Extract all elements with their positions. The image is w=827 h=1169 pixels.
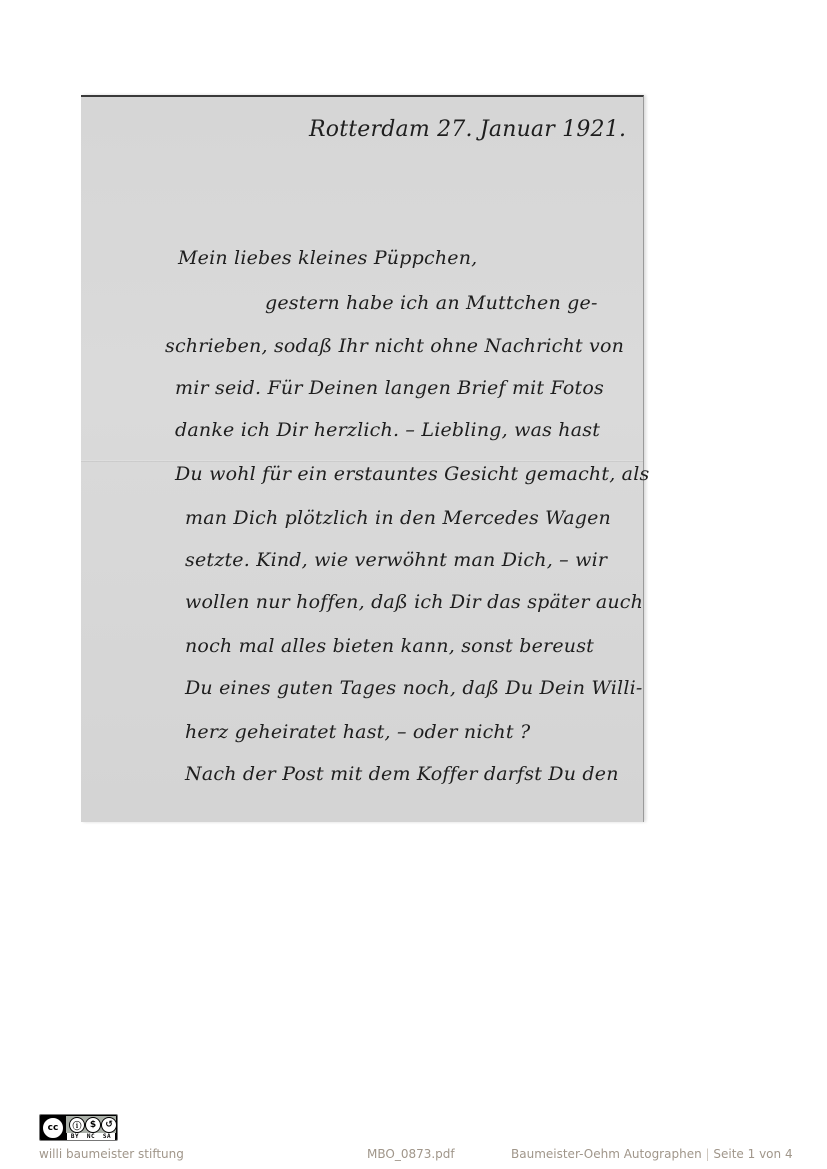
letter-line: danke ich Dir herzlich. – Liebling, was … (175, 419, 600, 441)
letter-line: schrieben, sodaß Ihr nicht ohne Nachrich… (165, 335, 624, 357)
license-label-by: BY (71, 1133, 79, 1140)
letter-dateline: Rotterdam 27. Januar 1921. (309, 117, 626, 142)
license-label-nc: NC (87, 1133, 95, 1140)
footer-separator: | (706, 1147, 710, 1161)
letter-line: Du eines guten Tages noch, daß Du Dein W… (185, 677, 643, 699)
letter-line: gestern habe ich an Muttchen ge- (265, 292, 598, 314)
letter-line: herz geheiratet hast, – oder nicht ? (185, 721, 530, 743)
cc-by-nc-sa-icon: cc ⓘ $ ↺ BY NC SA (39, 1114, 118, 1141)
footer-collection: Baumeister-Oehm Autographen (511, 1147, 702, 1161)
footer-page-info: Baumeister-Oehm Autographen | Seite 1 vo… (511, 1147, 793, 1161)
letter-line: Nach der Post mit dem Koffer darfst Du d… (185, 763, 619, 785)
letter-line: mir seid. Für Deinen langen Brief mit Fo… (175, 377, 604, 399)
by-icon: ⓘ (69, 1117, 85, 1133)
letter-line: Du wohl für ein erstauntes Gesicht gemac… (175, 463, 649, 485)
cc-icon: cc (42, 1117, 64, 1139)
letter-salutation: Mein liebes kleines Püppchen, (178, 247, 477, 269)
paper-fold-line (81, 460, 643, 462)
footer-page-label: Seite 1 von 4 (713, 1147, 792, 1161)
letter-line: setzte. Kind, wie verwöhnt man Dich, – w… (185, 549, 607, 571)
license-label-sa: SA (103, 1133, 111, 1140)
sa-icon: ↺ (101, 1117, 117, 1133)
footer-publisher: willi baumeister stiftung (39, 1147, 184, 1161)
letter-line: man Dich plötzlich in den Mercedes Wagen (185, 507, 611, 529)
nc-icon: $ (85, 1117, 101, 1133)
license-labels: BY NC SA (67, 1133, 115, 1140)
letter-line: noch mal alles bieten kann, sonst bereus… (185, 635, 594, 657)
letter-scan: Rotterdam 27. Januar 1921. Mein liebes k… (81, 95, 644, 822)
letter-line: wollen nur hoffen, daß ich Dir das späte… (185, 591, 643, 613)
footer-filename: MBO_0873.pdf (367, 1147, 455, 1161)
